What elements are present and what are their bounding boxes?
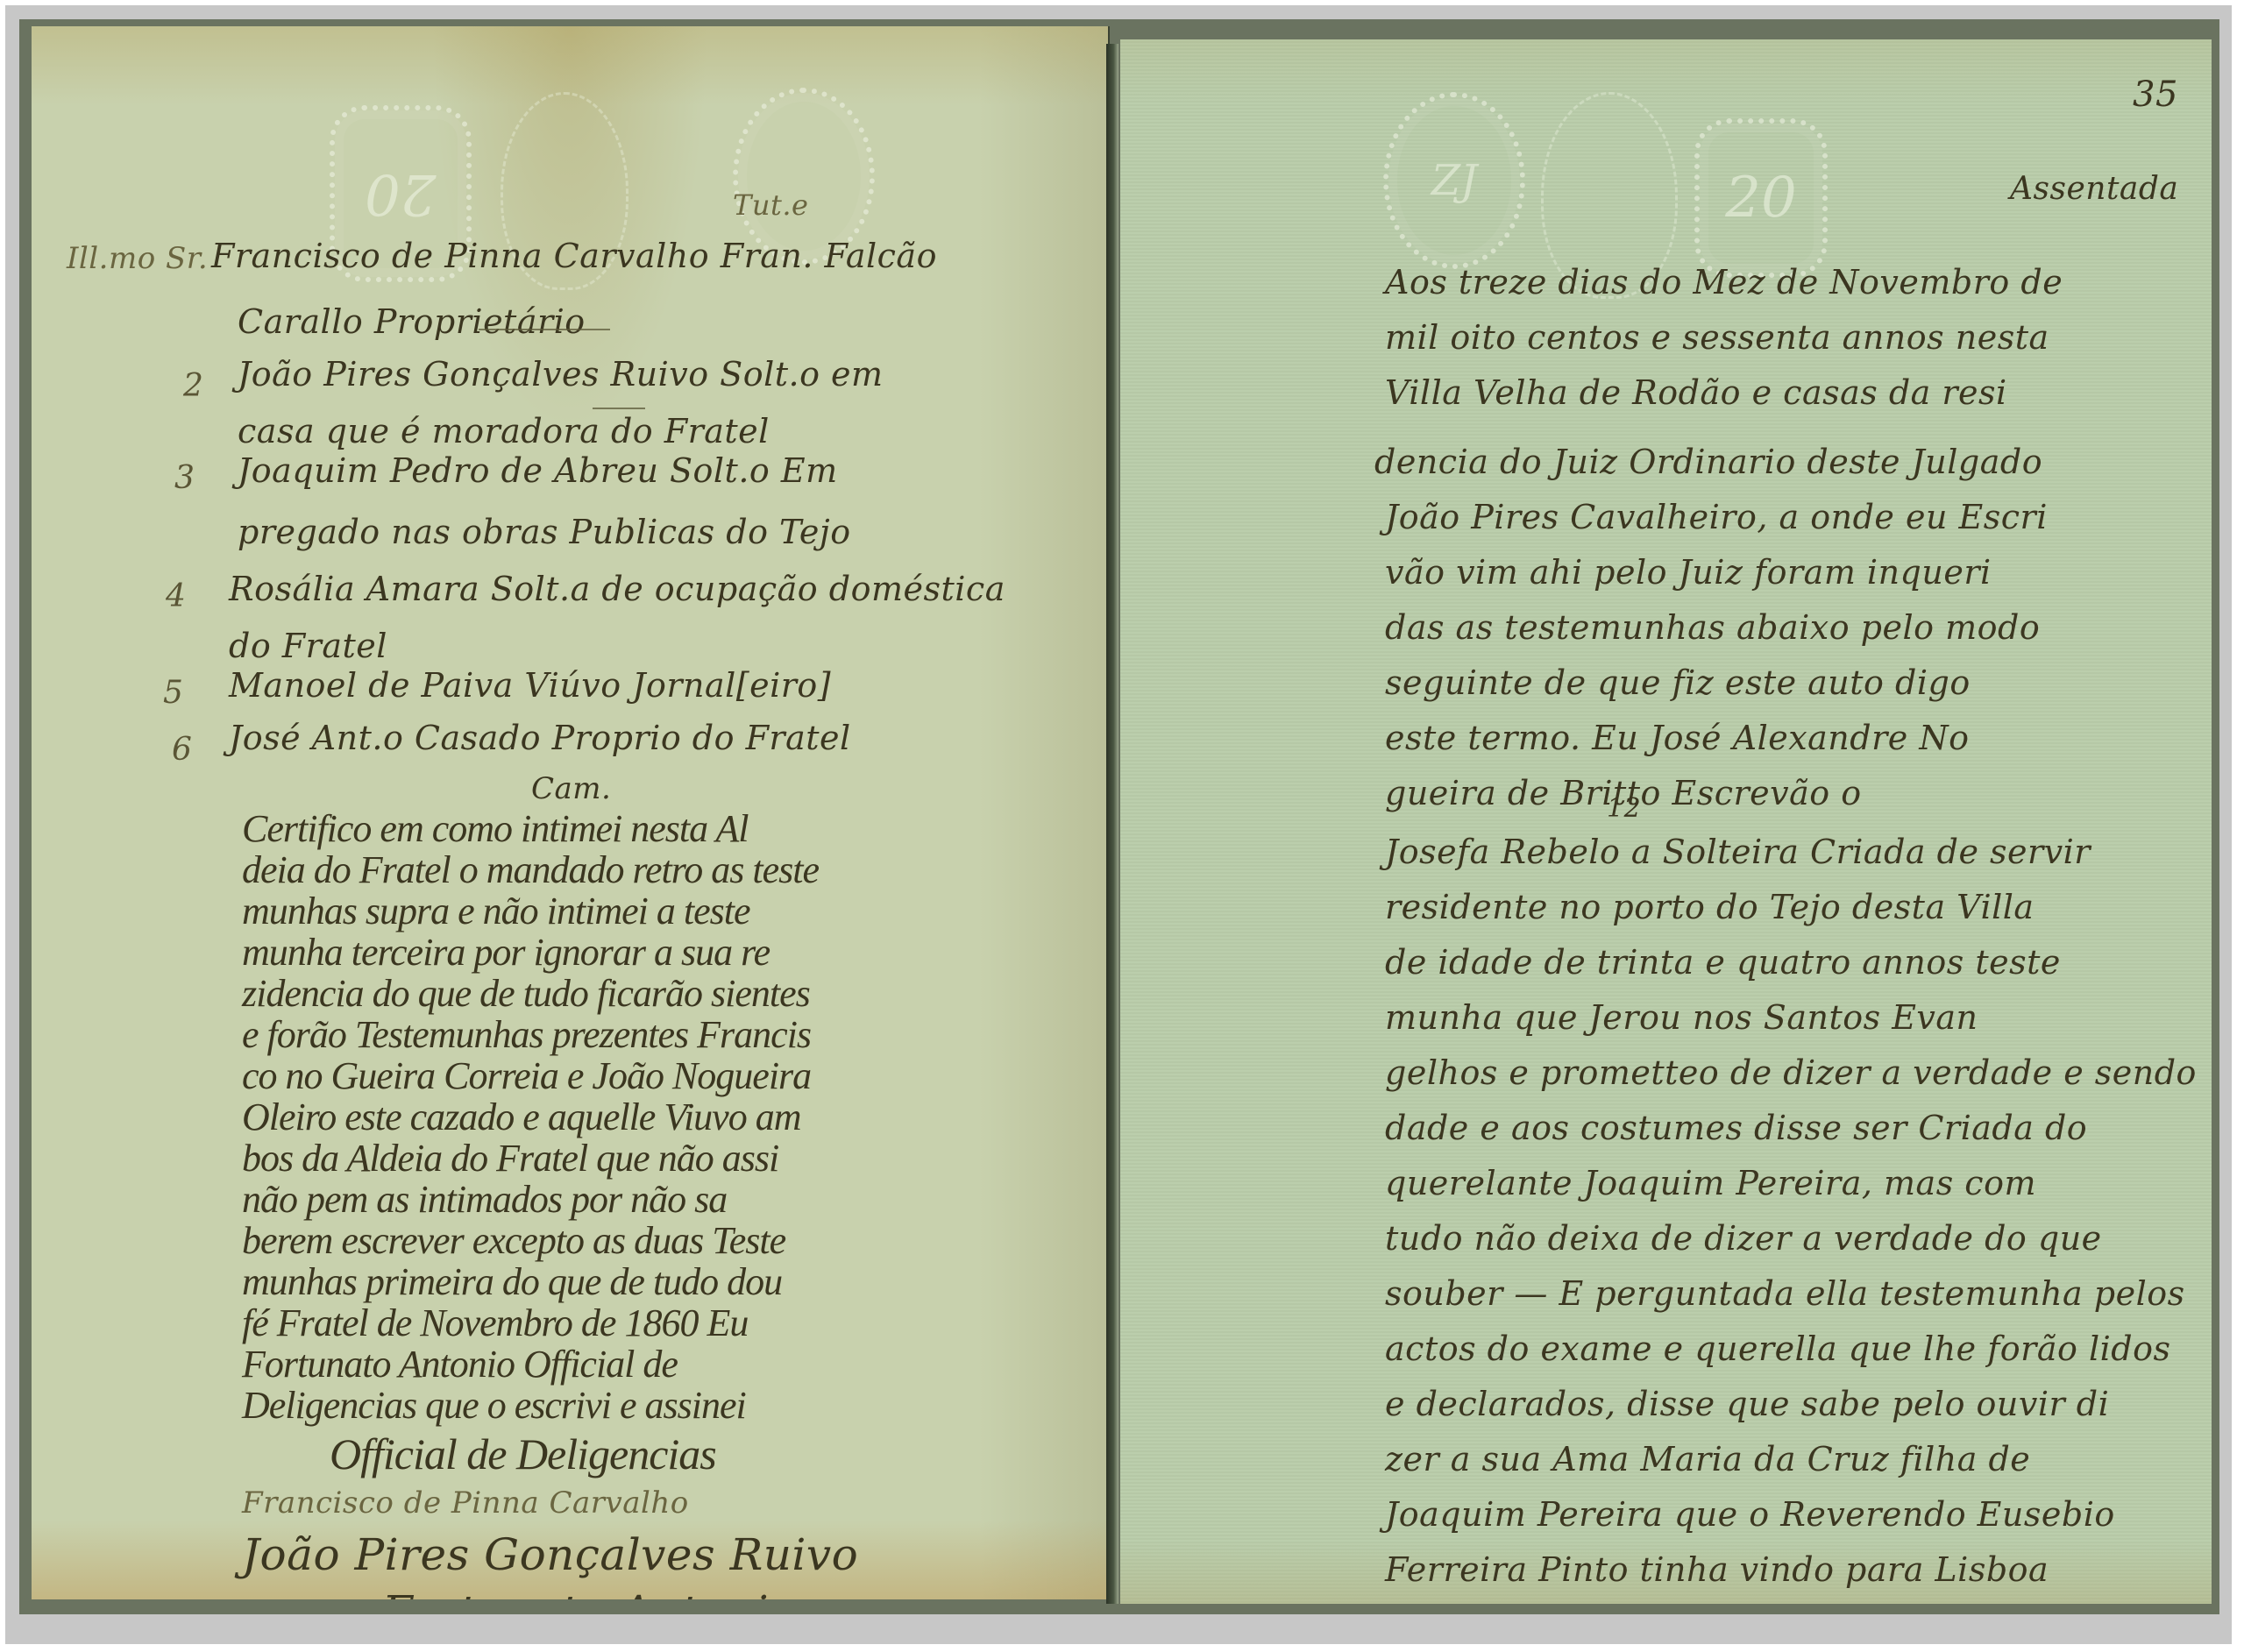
body-line: das as testemunhas abaixo pelo modo xyxy=(1385,608,2040,647)
witness-5-number: 5 xyxy=(163,675,183,711)
witness-4-number: 4 xyxy=(166,578,186,614)
embossed-seal-right: 20 xyxy=(1694,118,1828,278)
seal-value: 20 xyxy=(1725,166,1796,230)
right-page: ZJ 20 35 Assentada Aos treze dias do Mez… xyxy=(1120,39,2212,1604)
witness-2-number: 2 xyxy=(183,368,203,404)
line-filler-rule xyxy=(479,329,610,330)
testimony-line: de idade de trinta e quatro annos teste xyxy=(1385,943,2061,982)
testimony-line: Josefa Rebelo a Solteira Criada de servi… xyxy=(1385,833,2091,871)
certificate-line: bos da Aldeia do Fratel que não assi xyxy=(242,1136,778,1181)
witness-1-line2: Carallo Proprietário xyxy=(238,302,586,341)
certificate-line: Deligencias que o escrivi e assinei xyxy=(242,1383,746,1428)
signature-fortunato: Fortunato Antonio xyxy=(382,1586,796,1599)
certificate-line: berem escrever excepto as duas Teste xyxy=(242,1218,785,1263)
certificate-line: co no Gueira Correia e João Nogueira xyxy=(242,1053,811,1098)
body-line: vão vim ahi pelo Juiz foram inqueri xyxy=(1385,553,1992,592)
certificate-line: munhas primeira do que de tudo dou xyxy=(242,1259,782,1304)
witness-3-line2: pregado nas obras Publicas do Tejo xyxy=(238,513,851,551)
body-line: Villa Velha de Rodão e casas da resi xyxy=(1385,373,2007,412)
witness-1-line1: Francisco de Pinna Carvalho Fran. Falcão xyxy=(211,237,937,275)
body-line: este termo. Eu José Alexandre No xyxy=(1385,719,1969,757)
testimony-line: actos do exame e querella que lhe forão … xyxy=(1385,1329,2170,1368)
embossed-seal-left: ZJ xyxy=(1383,92,1525,269)
witness-6-line1: José Ant.o Casado Proprio do Fratel xyxy=(229,719,851,757)
seal-value: 20 xyxy=(365,161,436,226)
testimony-line: zer a sua Ama Maria da Cruz filha de xyxy=(1385,1440,2030,1478)
testimony-line: tudo não deixa de dizer a verdade do que xyxy=(1385,1219,2102,1258)
testimony-line: querelante Joaquim Pereira, mas com xyxy=(1385,1164,2036,1202)
folio-number: 35 xyxy=(2133,74,2178,115)
certificate-line: não pem as intimados por não sa xyxy=(242,1177,727,1222)
testimony-line: residente no porto do Tejo desta Villa xyxy=(1385,888,2035,926)
witness-5-line1: Manoel de Paiva Viúvo Jornal[eiro] xyxy=(229,666,831,705)
left-page: 20 Tut.e Ill.mo Sr. Francisco de Pinna C… xyxy=(32,26,1110,1599)
certificate-heading: Cam. xyxy=(531,771,611,806)
seal-value: ZJ xyxy=(1431,156,1478,205)
witness-4-line2: do Fratel xyxy=(229,627,387,665)
witness-prefix: Ill.mo Sr. xyxy=(67,241,208,276)
header-annotation: Tut.e xyxy=(733,188,808,222)
certificate-line: zidencia do que de tudo ficarão sientes xyxy=(242,971,810,1016)
witness-6-number: 6 xyxy=(172,732,192,768)
certificate-line: fé Fratel de Novembro de 1860 Eu xyxy=(242,1301,748,1345)
certificate-line: munhas supra e não intimei a teste xyxy=(242,889,750,933)
certificate-line: munha terceira por ignorar a sua re xyxy=(242,930,770,975)
signature-francisco: Francisco de Pinna Carvalho xyxy=(242,1485,689,1521)
line-filler-rule xyxy=(593,408,645,409)
testimony-line: e declarados, disse que sabe pelo ouvir … xyxy=(1385,1385,2109,1423)
witness-3-number: 3 xyxy=(174,460,195,496)
witness-2-line1: João Pires Gonçalves Ruivo Solt.o em xyxy=(238,355,884,394)
witness-3-line1: Joaquim Pedro de Abreu Solt.o Em xyxy=(238,451,838,490)
certificate-closing: Official de Deligencias xyxy=(330,1429,716,1479)
testimony-line: dade e aos costumes disse ser Criada do xyxy=(1385,1109,2087,1147)
certificate-line: Fortunato Antonio Official de xyxy=(242,1342,678,1386)
body-line: mil oito centos e sessenta annos nesta xyxy=(1385,318,2049,357)
certificate-line: Certifico em como intimei nesta Al xyxy=(242,806,748,851)
body-line: dencia do Juiz Ordinario deste Julgado xyxy=(1374,443,2042,481)
margin-note-assentada: Assentada xyxy=(2010,171,2178,207)
witness-4-line1: Rosália Amara Solt.a de ocupação domésti… xyxy=(229,570,1005,608)
witness-marker: 12 xyxy=(1607,793,1641,824)
body-line: João Pires Cavalheiro, a onde eu Escri xyxy=(1385,498,2048,536)
testimony-line: Ferreira Pinto tinha vindo para Lisboa xyxy=(1385,1550,2049,1589)
testimony-line: munha que Jerou nos Santos Evan xyxy=(1385,998,1978,1037)
witness-2-line2: casa que é moradora do Fratel xyxy=(238,412,770,450)
signature-joao: João Pires Gonçalves Ruivo xyxy=(242,1529,858,1580)
testimony-line: souber — E perguntada ella testemunha pe… xyxy=(1385,1274,2185,1313)
certificate-line: deia do Fratel o mandado retro as teste xyxy=(242,847,819,892)
certificate-line: Oleiro este cazado e aquelle Viuvo am xyxy=(242,1095,800,1139)
testimony-line: Joaquim Pereira que o Reverendo Eusebio xyxy=(1385,1495,2115,1534)
body-line: Aos treze dias do Mez de Novembro de xyxy=(1385,263,2063,301)
certificate-line: e forão Testemunhas prezentes Francis xyxy=(242,1012,811,1057)
testimony-line: gelhos e prometteo de dizer a verdade e … xyxy=(1385,1053,2197,1092)
body-line: seguinte de que fiz este auto digo xyxy=(1385,663,1971,702)
page-gutter-fold xyxy=(1106,44,1118,1604)
